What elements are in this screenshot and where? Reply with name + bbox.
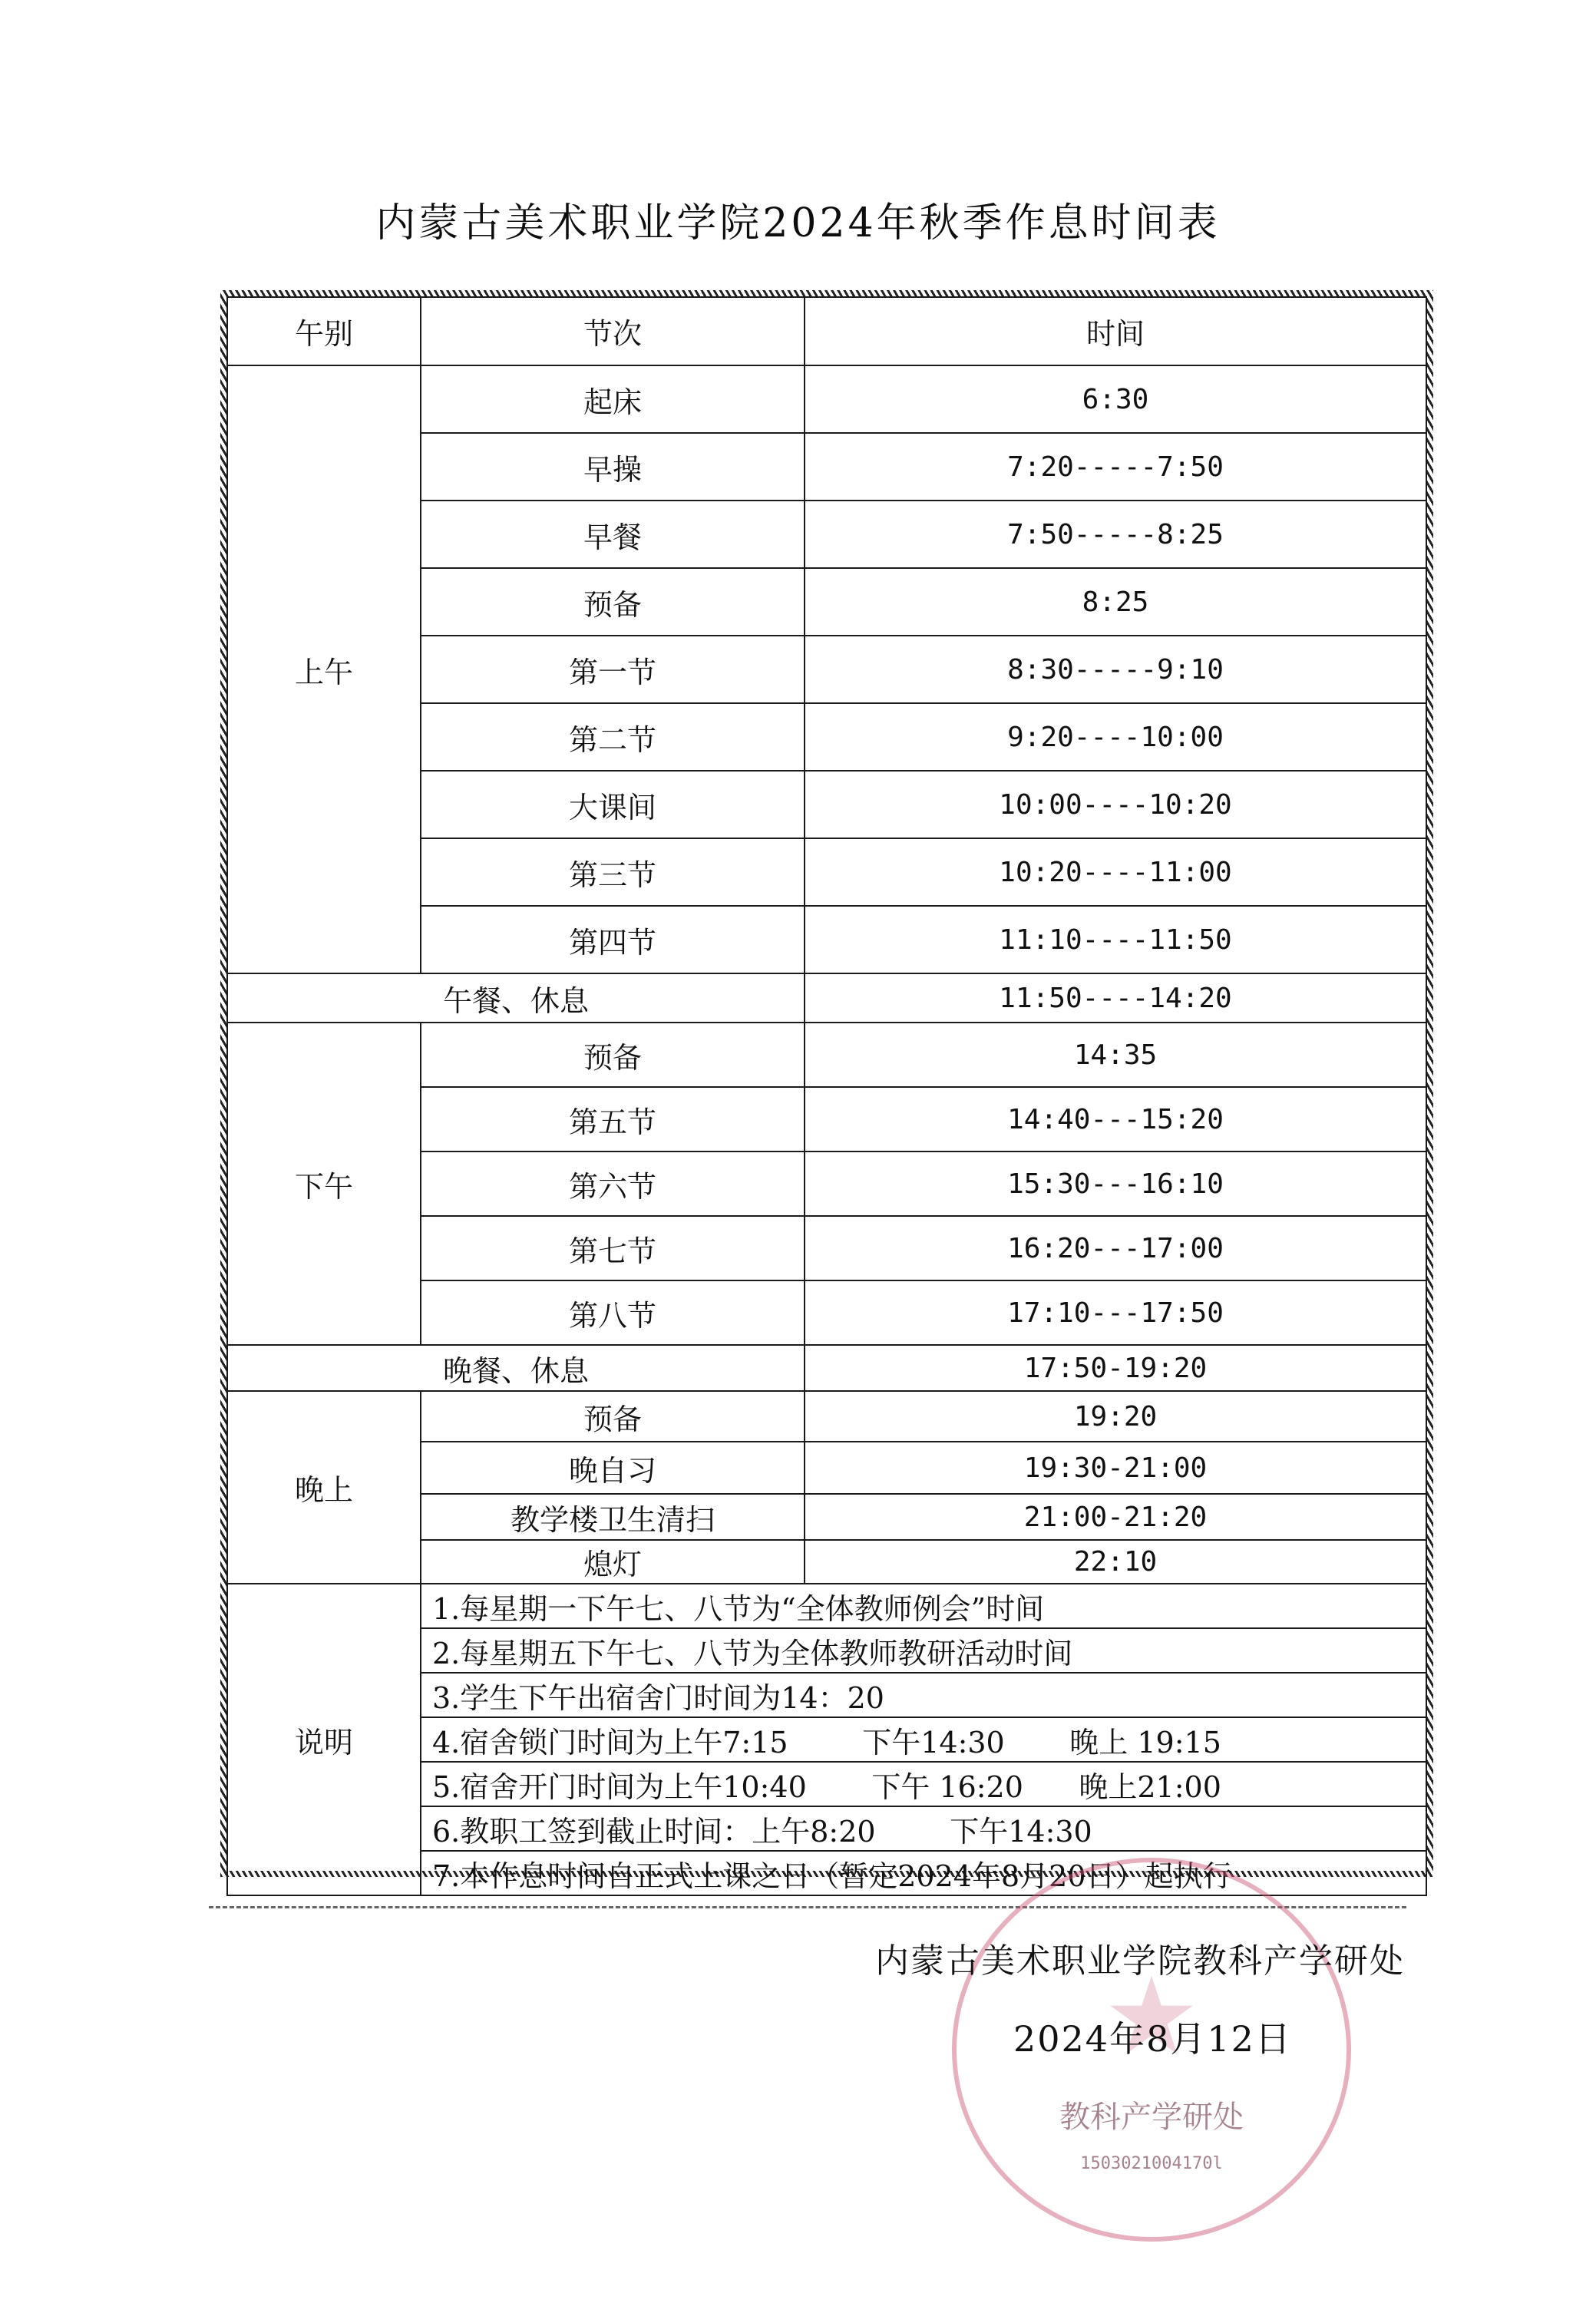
dinner-break-label: 晚餐、休息 xyxy=(227,1345,805,1391)
session-cell: 预备 xyxy=(421,568,805,636)
notes-label: 说明 xyxy=(227,1584,421,1895)
note-item: 1.每星期一下午七、八节为“全体教师例会”时间 xyxy=(421,1584,1426,1628)
lunch-break-label: 午餐、休息 xyxy=(227,973,805,1023)
time-cell: 10:00----10:20 xyxy=(805,771,1426,838)
table-row-note: 说明 1.每星期一下午七、八节为“全体教师例会”时间 xyxy=(227,1584,1426,1628)
time-cell: 19:20 xyxy=(805,1391,1426,1442)
time-cell: 16:20---17:00 xyxy=(805,1216,1426,1280)
table-row: 下午 预备 14:35 xyxy=(227,1023,1426,1087)
header-period: 午别 xyxy=(227,297,421,365)
session-cell: 第五节 xyxy=(421,1087,805,1151)
note-item: 2.每星期五下午七、八节为全体教师教研活动时间 xyxy=(421,1628,1426,1673)
time-cell: 11:10----11:50 xyxy=(805,906,1426,973)
session-cell: 教学楼卫生清扫 xyxy=(421,1494,805,1540)
time-cell: 8:30-----9:10 xyxy=(805,636,1426,703)
issuer-signature: 内蒙古美术职业学院教科产学研处 xyxy=(875,1933,1405,1982)
session-cell: 预备 xyxy=(421,1391,805,1442)
session-cell: 早餐 xyxy=(421,501,805,568)
dinner-break-time: 17:50-19:20 xyxy=(805,1345,1426,1391)
document-title: 内蒙古美术职业学院2024年秋季作息时间表 xyxy=(0,190,1596,248)
session-cell: 第七节 xyxy=(421,1216,805,1280)
divider-line xyxy=(209,1906,1406,1908)
note-item: 7.本作息时间自正式上课之日（暂定2024年8月20日）起执行 xyxy=(421,1851,1426,1895)
table-header-row: 午别 节次 时间 xyxy=(227,297,1426,365)
session-cell: 早操 xyxy=(421,433,805,501)
note-item: 6.教职工签到截止时间：上午8:20 下午14:30 xyxy=(421,1806,1426,1851)
issue-date: 2024年8月12日 xyxy=(1013,2011,1292,2062)
time-cell: 7:50-----8:25 xyxy=(805,501,1426,568)
time-cell: 19:30-21:00 xyxy=(805,1442,1426,1494)
time-cell: 22:10 xyxy=(805,1540,1426,1584)
session-cell: 第二节 xyxy=(421,703,805,771)
period-afternoon: 下午 xyxy=(227,1023,421,1345)
note-item: 3.学生下午出宿舍门时间为14：20 xyxy=(421,1673,1426,1717)
time-cell: 21:00-21:20 xyxy=(805,1494,1426,1540)
lunch-break-time: 11:50----14:20 xyxy=(805,973,1426,1023)
schedule-table: 午别 节次 时间 上午 起床 6:30 早操 7:20-----7:50 早餐 … xyxy=(226,296,1427,1896)
session-cell: 晚自习 xyxy=(421,1442,805,1494)
period-morning: 上午 xyxy=(227,365,421,973)
time-cell: 6:30 xyxy=(805,365,1426,433)
seal-code: 1503021004170l xyxy=(957,2154,1347,2173)
table-row: 晚上 预备 19:20 xyxy=(227,1391,1426,1442)
table-row: 上午 起床 6:30 xyxy=(227,365,1426,433)
session-cell: 第四节 xyxy=(421,906,805,973)
session-cell: 第三节 xyxy=(421,838,805,906)
header-session: 节次 xyxy=(421,297,805,365)
session-cell: 第六节 xyxy=(421,1151,805,1216)
time-cell: 17:10---17:50 xyxy=(805,1280,1426,1345)
session-cell: 第八节 xyxy=(421,1280,805,1345)
time-cell: 7:20-----7:50 xyxy=(805,433,1426,501)
session-cell: 预备 xyxy=(421,1023,805,1087)
time-cell: 8:25 xyxy=(805,568,1426,636)
table-row-dinner: 晚餐、休息 17:50-19:20 xyxy=(227,1345,1426,1391)
schedule-table-frame: 午别 节次 时间 上午 起床 6:30 早操 7:20-----7:50 早餐 … xyxy=(220,290,1433,1877)
note-item: 5.宿舍开门时间为上午10:40 下午 16:20 晚上21:00 xyxy=(421,1762,1426,1806)
session-cell: 熄灯 xyxy=(421,1540,805,1584)
time-cell: 14:40---15:20 xyxy=(805,1087,1426,1151)
note-item: 4.宿舍锁门时间为上午7:15 下午14:30 晚上 19:15 xyxy=(421,1717,1426,1762)
time-cell: 10:20----11:00 xyxy=(805,838,1426,906)
header-time: 时间 xyxy=(805,297,1426,365)
time-cell: 15:30---16:10 xyxy=(805,1151,1426,1216)
session-cell: 起床 xyxy=(421,365,805,433)
session-cell: 大课间 xyxy=(421,771,805,838)
session-cell: 第一节 xyxy=(421,636,805,703)
period-evening: 晚上 xyxy=(227,1391,421,1584)
table-row-lunch: 午餐、休息 11:50----14:20 xyxy=(227,973,1426,1023)
time-cell: 9:20----10:00 xyxy=(805,703,1426,771)
seal-text: 教科产学研处 xyxy=(957,2093,1347,2136)
time-cell: 14:35 xyxy=(805,1023,1426,1087)
